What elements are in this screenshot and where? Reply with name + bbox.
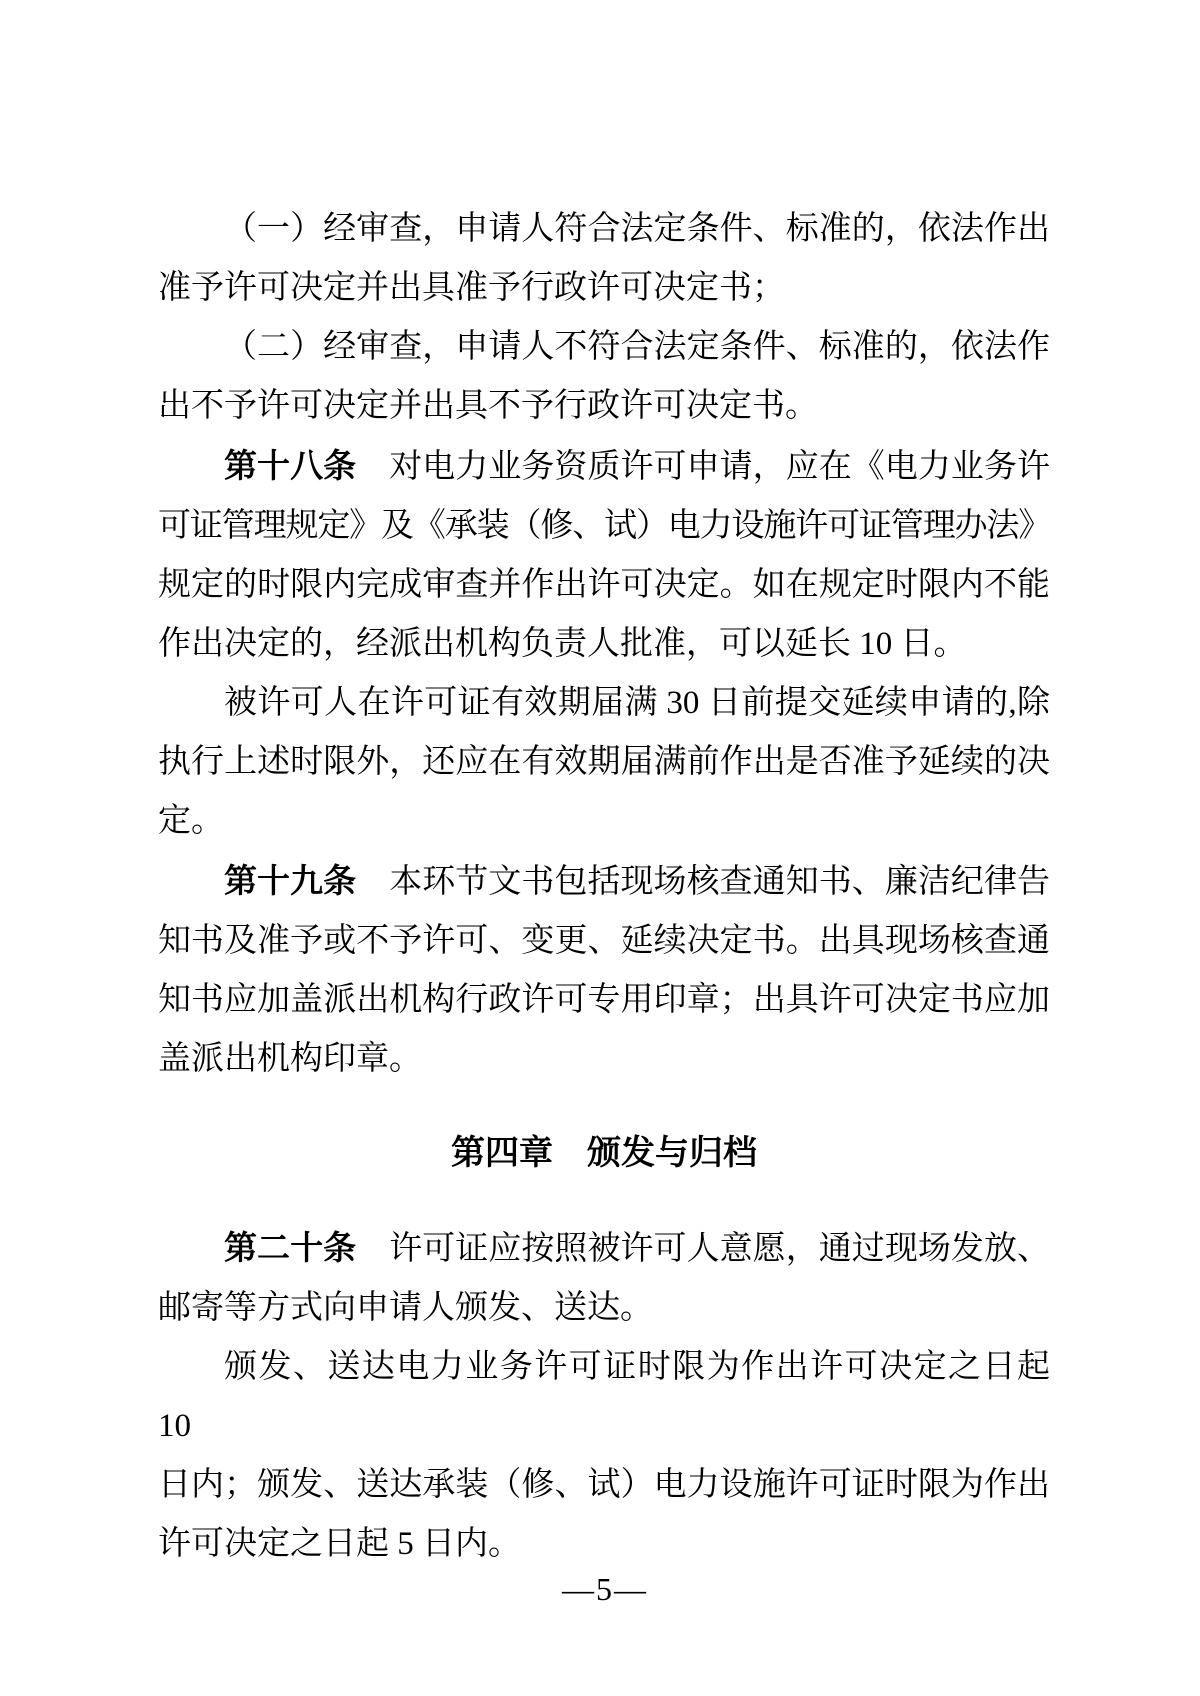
page-number: — 5 — (562, 1571, 646, 1607)
text-line: 颁发、送达电力业务许可证时限为作出许可决定之日起 10 (158, 1338, 1050, 1456)
text-segment: 日内；颁发、送达承装（修、试）电力设施许可证时限为作出 (158, 1467, 1050, 1503)
text-line: 定。 (158, 792, 1050, 851)
text-segment: 知书应加盖派出机构行政许可专用印章；出具许可决定书应加 (158, 982, 1050, 1018)
text-line: 规定的时限内完成审查并作出许可决定。如在规定时限内不能 (158, 556, 1050, 615)
page-footer: — 5 — (158, 1560, 1050, 1619)
article-number: 第二十条 (224, 1229, 356, 1266)
text-segment: 许可证应按照被许可人意愿，通过现场发放、 (356, 1231, 1050, 1267)
text-line: 准予许可决定并出具准予行政许可决定书； (158, 259, 1050, 318)
text-segment: 作出决定的，经派出机构负责人批准，可以延长 10 日。 (158, 626, 967, 662)
text-segment: 对电力业务资质许可申请，应在《电力业务许 (356, 449, 1050, 485)
text-line: 被许可人在许可证有效期届满 30 日前提交延续申请的,除 (158, 674, 1050, 733)
document-body: （一）经审查，申请人符合法定条件、标准的，依法作出准予许可决定并出具准予行政许可… (158, 200, 1050, 1574)
text-line: 知书及准予或不予许可、变更、延续决定书。出具现场核查通 (158, 912, 1050, 971)
text-line: 执行上述时限外，还应在有效期届满前作出是否准予延续的决 (158, 733, 1050, 792)
text-line: 邮寄等方式向申请人颁发、送达。 (158, 1279, 1050, 1338)
text-line: 知书应加盖派出机构行政许可专用印章；出具许可决定书应加 (158, 971, 1050, 1030)
text-line: 可证管理规定》及《承装（修、试）电力设施许可证管理办法》 (158, 497, 1050, 556)
text-segment: 盖派出机构印章。 (158, 1041, 422, 1077)
text-line: 第十八条 对电力业务资质许可申请，应在《电力业务许 (158, 436, 1050, 497)
text-segment: （一）经审查，申请人符合法定条件、标准的，依法作出 (224, 211, 1050, 247)
text-line: 出不予许可决定并出具不予行政许可决定书。 (158, 377, 1050, 436)
text-segment: 准予许可决定并出具准予行政许可决定书； (158, 270, 785, 306)
text-segment: 被许可人在许可证有效期届满 30 日前提交延续申请的,除 (224, 685, 1050, 721)
text-segment: 知书及准予或不予许可、变更、延续决定书。出具现场核查通 (158, 923, 1050, 959)
text-line: 作出决定的，经派出机构负责人批准，可以延长 10 日。 (158, 615, 1050, 674)
text-line: 日内；颁发、送达承装（修、试）电力设施许可证时限为作出 (158, 1456, 1050, 1515)
text-line: （一）经审查，申请人符合法定条件、标准的，依法作出 (158, 200, 1050, 259)
text-segment: 本环节文书包括现场核查通知书、廉洁纪律告 (356, 864, 1050, 900)
text-line: 第十九条 本环节文书包括现场核查通知书、廉洁纪律告 (158, 851, 1050, 912)
text-segment: 定。 (158, 803, 224, 839)
text-segment: 邮寄等方式向申请人颁发、送达。 (158, 1290, 653, 1326)
text-line: 盖派出机构印章。 (158, 1030, 1050, 1089)
text-segment: 颁发、送达电力业务许可证时限为作出许可决定之日起 10 (158, 1349, 1050, 1444)
text-line: 第二十条 许可证应按照被许可人意愿，通过现场发放、 (158, 1218, 1050, 1279)
chapter-heading: 第四章 颁发与归档 (158, 1124, 1050, 1183)
text-segment: 出不予许可决定并出具不予行政许可决定书。 (158, 388, 818, 424)
text-segment: （二）经审查，申请人不符合法定条件、标准的，依法作 (224, 329, 1050, 365)
text-segment: 规定的时限内完成审查并作出许可决定。如在规定时限内不能 (158, 567, 1050, 603)
text-segment: 可证管理规定》及《承装（修、试）电力设施许可证管理办法》 (158, 508, 1050, 544)
text-segment: 执行上述时限外，还应在有效期届满前作出是否准予延续的决 (158, 744, 1050, 780)
text-line: （二）经审查，申请人不符合法定条件、标准的，依法作 (158, 318, 1050, 377)
article-number: 第十九条 (224, 862, 356, 899)
text-segment: 许可决定之日起 5 日内。 (158, 1526, 521, 1562)
article-number: 第十八条 (224, 447, 356, 484)
document-page: （一）经审查，申请人符合法定条件、标准的，依法作出准予许可决定并出具准予行政许可… (0, 0, 1200, 1696)
